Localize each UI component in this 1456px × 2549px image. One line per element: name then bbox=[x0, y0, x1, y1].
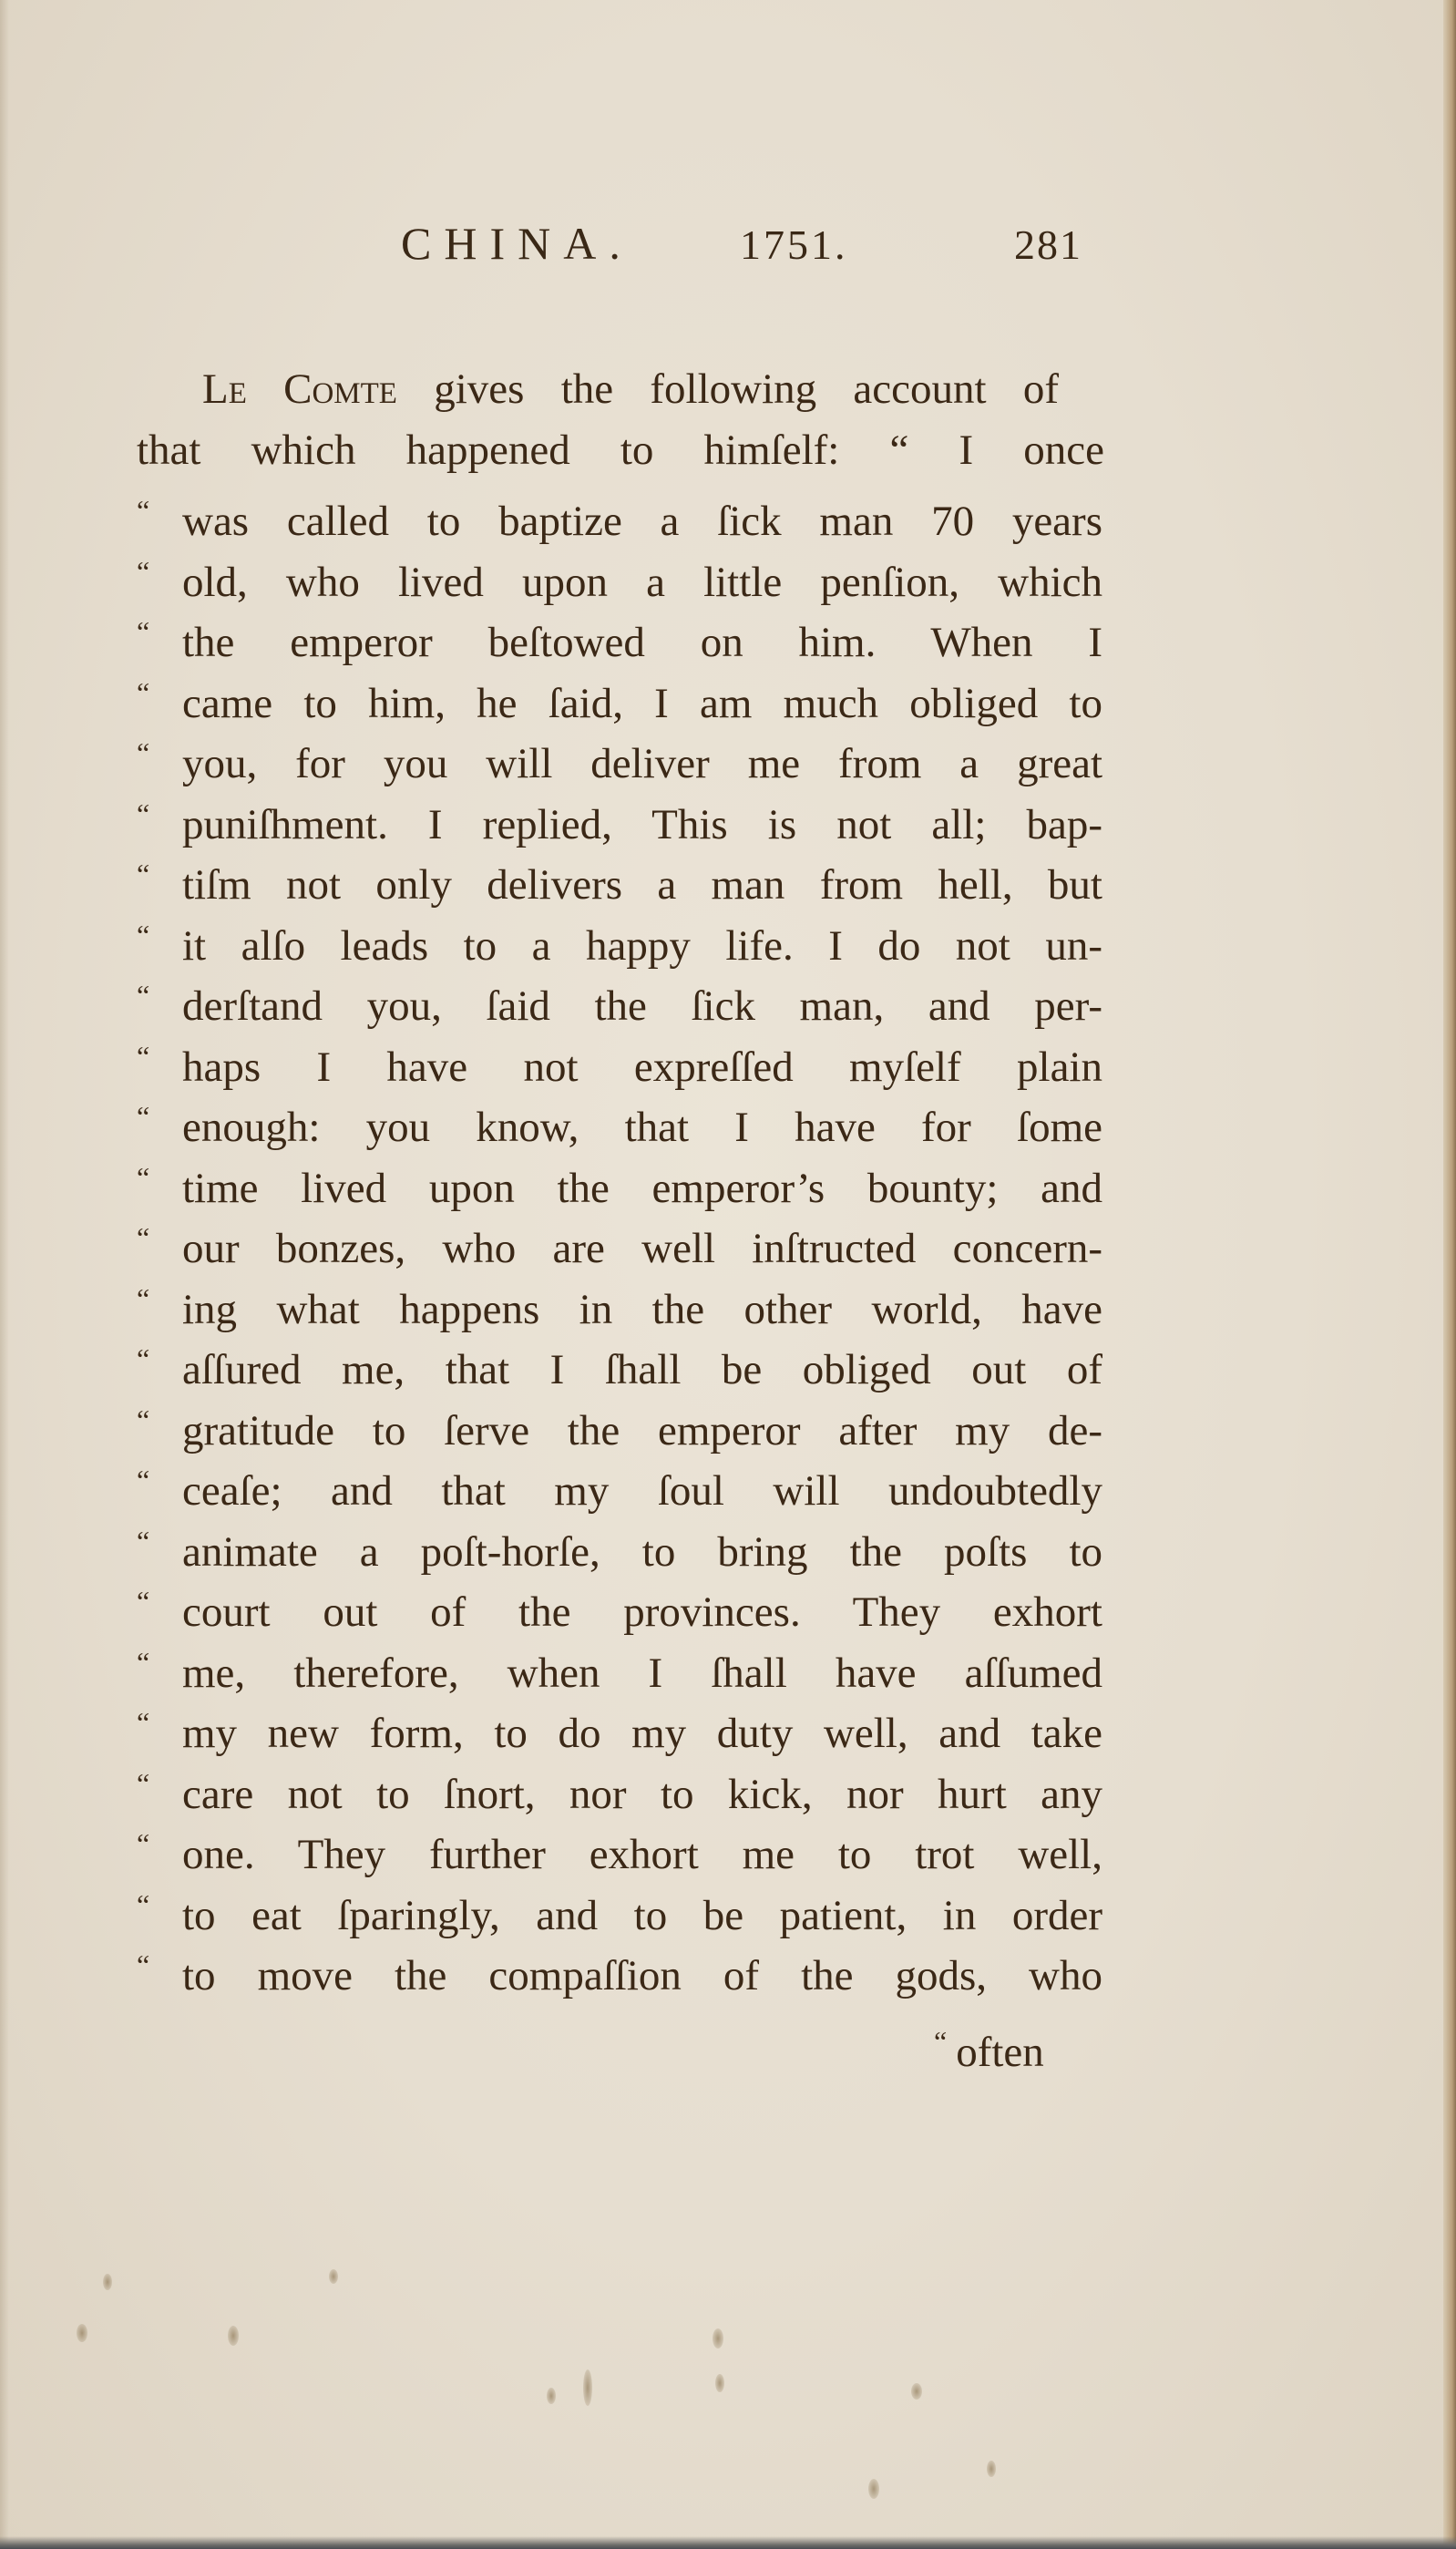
text-line: “enough: you know, that I have for ſome bbox=[137, 1086, 1104, 1147]
body-paragraph: Le Comte gives the following account of … bbox=[137, 359, 1104, 1996]
quote-mark: “ bbox=[137, 601, 182, 663]
line-text: to move the compaſſion of the gods, who bbox=[182, 1946, 1102, 2007]
text-line: “came to him, he ſaid, I am much obliged… bbox=[137, 663, 1104, 724]
quote-mark: “ bbox=[137, 1935, 182, 1996]
paper-spot bbox=[329, 2269, 338, 2284]
text-line: “puniſhment. I replied, This is not all;… bbox=[137, 784, 1104, 845]
catchword-text: often bbox=[956, 2029, 1044, 2076]
quote-mark: “ bbox=[137, 784, 182, 845]
text-line: “my new form, to do my duty well, and ta… bbox=[137, 1692, 1104, 1753]
quote-mark: “ bbox=[137, 1692, 182, 1753]
paper-spot bbox=[77, 2324, 87, 2342]
quote-mark: “ bbox=[934, 2025, 947, 2058]
running-head-title: CHINA. bbox=[401, 217, 633, 270]
text-line: that which happened to himſelf: “ I once bbox=[137, 420, 1104, 481]
quote-mark: “ bbox=[137, 723, 182, 784]
text-line: “ceaſe; and that my ſoul will undoubtedl… bbox=[137, 1450, 1104, 1511]
text-line: “derſtand you, ſaid the ſick man, and pe… bbox=[137, 965, 1104, 1026]
quote-mark: “ bbox=[137, 1026, 182, 1087]
text-line: “court out of the provinces. They exhort bbox=[137, 1571, 1104, 1632]
text-line: “animate a poſt-horſe, to bring the poſt… bbox=[137, 1511, 1104, 1572]
text-line: “aſſured me, that I ſhall be obliged out… bbox=[137, 1329, 1104, 1390]
paper-spot bbox=[713, 2328, 723, 2349]
quote-mark: “ bbox=[137, 1450, 182, 1511]
running-head-year: 1751. bbox=[740, 221, 848, 269]
quote-mark: “ bbox=[137, 1208, 182, 1269]
text-line: “the emperor beſtowed on him. When I bbox=[137, 601, 1104, 663]
page-bottom-edge bbox=[0, 2536, 1456, 2549]
text-line: “gratitude to ſerve the emperor after my… bbox=[137, 1390, 1104, 1451]
text-line: “old, who lived upon a little penſion, w… bbox=[137, 541, 1104, 602]
text-line: “care not to ſnort, nor to kick, nor hur… bbox=[137, 1753, 1104, 1814]
paper-spot bbox=[868, 2479, 879, 2499]
text-line: “one. They further exhort me to trot wel… bbox=[137, 1814, 1104, 1875]
text-line: Le Comte gives the following account of bbox=[137, 359, 1104, 420]
quote-mark: “ bbox=[137, 905, 182, 966]
catchword: “often bbox=[934, 2025, 1044, 2077]
quote-mark: “ bbox=[137, 1511, 182, 1572]
text-line: “it alſo leads to a happy life. I do not… bbox=[137, 905, 1104, 966]
quote-mark: “ bbox=[137, 1875, 182, 1936]
quote-mark: “ bbox=[137, 480, 182, 541]
quote-mark: “ bbox=[137, 965, 182, 1026]
quote-mark: “ bbox=[137, 1147, 182, 1208]
text-line: “our bonzes, who are well inſtructed con… bbox=[137, 1208, 1104, 1269]
author-name-small-caps: Le Comte bbox=[202, 365, 397, 413]
quote-mark: “ bbox=[137, 1632, 182, 1693]
text-line: “time lived upon the emperor’s bounty; a… bbox=[137, 1147, 1104, 1208]
quote-mark: “ bbox=[137, 1814, 182, 1875]
quote-mark: “ bbox=[137, 844, 182, 905]
text-line: “was called to baptize a ſick man 70 yea… bbox=[137, 480, 1104, 541]
quote-mark: “ bbox=[137, 1269, 182, 1330]
page-gutter-shadow bbox=[0, 0, 9, 2549]
paper-spot bbox=[715, 2374, 724, 2392]
text-line: “tiſm not only delivers a man from hell,… bbox=[137, 844, 1104, 905]
text-line: “to eat ſparingly, and to be patient, in… bbox=[137, 1875, 1104, 1936]
paper-spot bbox=[987, 2461, 996, 2477]
text-line: “to move the compaſſion of the gods, who bbox=[137, 1935, 1104, 1996]
paper-spot bbox=[103, 2274, 112, 2290]
paper-spot bbox=[583, 2369, 592, 2406]
quote-mark: “ bbox=[137, 1571, 182, 1632]
line-text: that which happened to himſelf: “ I once bbox=[137, 420, 1104, 481]
paper-spot bbox=[547, 2388, 556, 2404]
quote-mark: “ bbox=[137, 1753, 182, 1814]
text-line: “ing what happens in the other world, ha… bbox=[137, 1269, 1104, 1330]
book-page: CHINA. 1751. 281 Le Comte gives the foll… bbox=[0, 0, 1456, 2549]
paper-spot bbox=[911, 2383, 922, 2400]
text-line: “me, therefore, when I ſhall have aſſume… bbox=[137, 1632, 1104, 1693]
paper-spot bbox=[228, 2326, 239, 2346]
page-number: 281 bbox=[1014, 221, 1082, 269]
running-head: CHINA. 1751. 281 bbox=[0, 217, 1456, 281]
page-fore-edge bbox=[1443, 0, 1456, 2549]
quote-mark: “ bbox=[137, 1086, 182, 1147]
text-line: “haps I have not expreſſed myſelf plain bbox=[137, 1026, 1104, 1087]
line-text: gives the following account of bbox=[434, 365, 1059, 413]
quote-mark: “ bbox=[137, 663, 182, 724]
text-line: “you, for you will deliver me from a gre… bbox=[137, 723, 1104, 784]
quote-mark: “ bbox=[137, 1329, 182, 1390]
quote-mark: “ bbox=[137, 541, 182, 602]
quote-mark: “ bbox=[137, 1390, 182, 1451]
